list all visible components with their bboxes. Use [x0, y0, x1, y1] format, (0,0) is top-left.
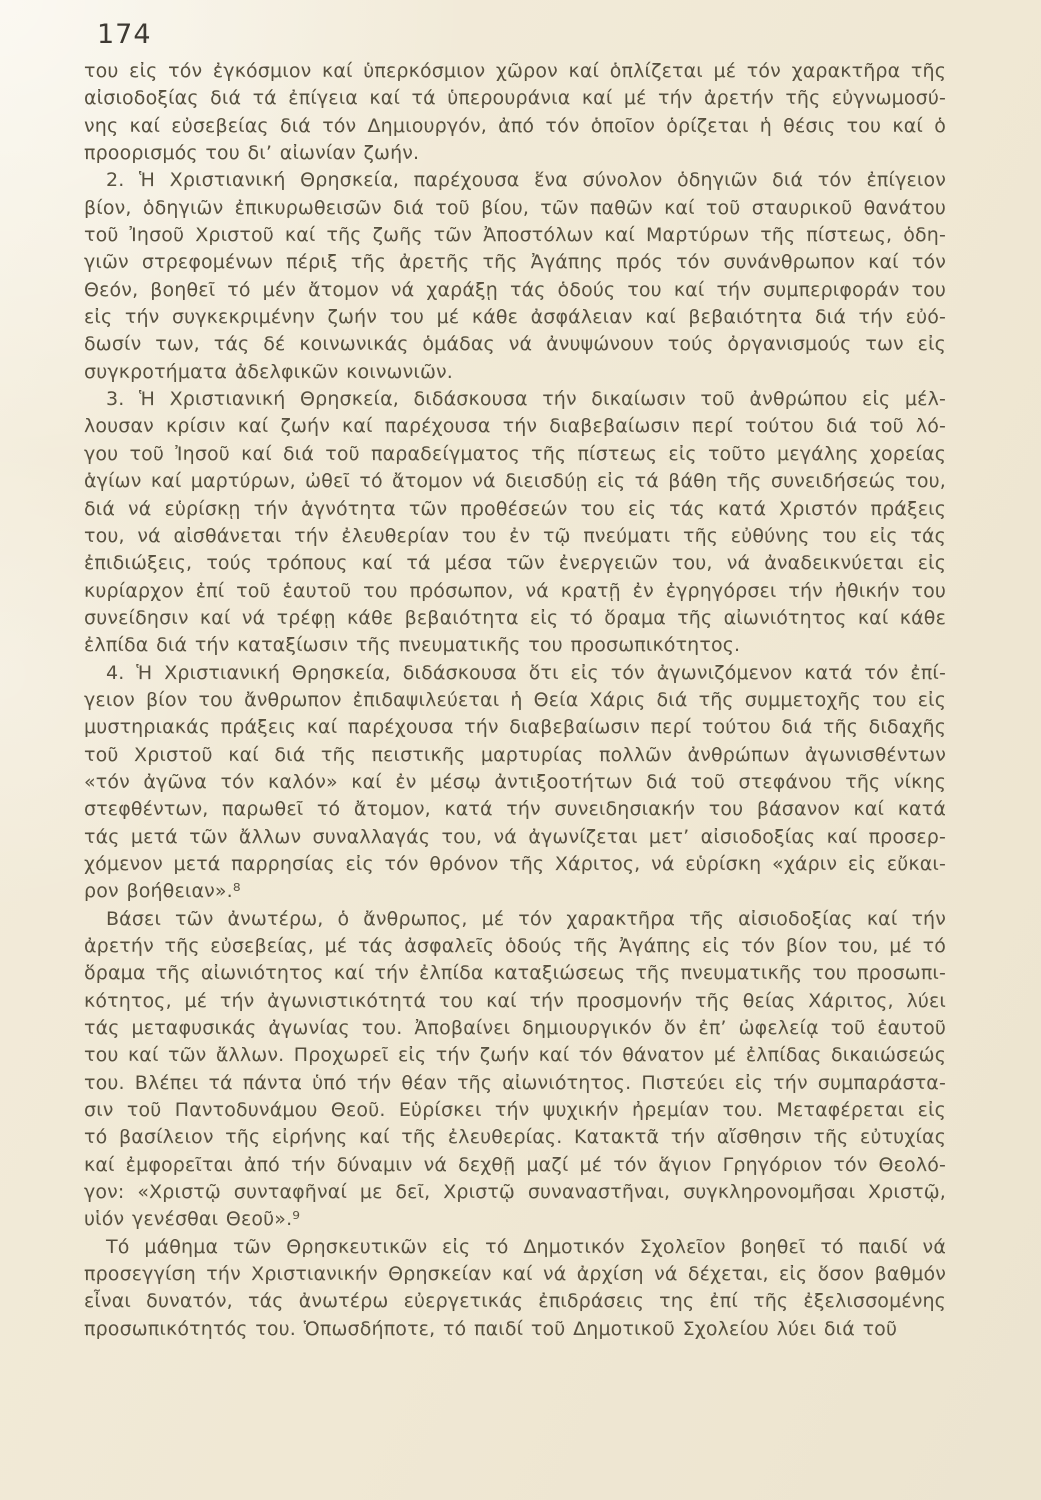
text-line: γου τοῦ Ἰησοῦ καί διά τοῦ παραδείγματος … [84, 441, 946, 468]
text-line: κότητος, μέ τήν ἀγωνιστικότητά του καί τ… [84, 988, 946, 1015]
text-line: νης καί εὐσεβείας διά τόν Δημιουργόν, ἀπ… [84, 113, 946, 140]
text-line: εἶναι δυνατόν, τάς ἀνωτέρω εὐεργετικάς ἐ… [84, 1288, 946, 1315]
text-line: συγκροτήματα ἀδελφικῶν κοινωνιῶν. [84, 359, 946, 386]
text-line: τάς μετά τῶν ἄλλων συναλλαγάς του, νά ἀγ… [84, 824, 946, 851]
text-line: ὅραμα τῆς αἰωνιότητος καί τήν ἐλπίδα κατ… [84, 960, 946, 987]
text-line: λουσαν κρίσιν καί ζωήν καί παρέχουσα τήν… [84, 413, 946, 440]
text-line: μυστηριακάς πράξεις καί παρέχουσα τήν δι… [84, 714, 946, 741]
body-text: του εἰς τόν ἐγκόσμιον καί ὑπερκόσμιον χῶ… [84, 58, 946, 1343]
text-line: «τόν ἀγῶνα τόν καλόν» καί ἐν μέσῳ ἀντιξο… [84, 769, 946, 796]
text-line: γειον βίον του ἄνθρωπον ἐπιδαψιλεύεται ἡ… [84, 687, 946, 714]
text-line: Βάσει τῶν ἀνωτέρω, ὁ ἄνθρωπος, μέ τόν χα… [84, 906, 946, 933]
text-line: ἁγίων καί μαρτύρων, ὠθεῖ τό ἄτομον νά δι… [84, 468, 946, 495]
text-line: του. Βλέπει τά πάντα ὑπό τήν θέαν τῆς αἰ… [84, 1070, 946, 1097]
text-line: 3. Ἡ Χριστιανική Θρησκεία, διδάσκουσα τή… [84, 386, 946, 413]
text-line: 4. Ἡ Χριστιανική Θρησκεία, διδάσκουσα ὅτ… [84, 660, 946, 687]
text-line: τό βασίλειον τῆς εἰρήνης καί τῆς ἐλευθερ… [84, 1124, 946, 1151]
text-line: του καί τῶν ἄλλων. Προχωρεῖ εἰς τήν ζωήν… [84, 1042, 946, 1069]
text-line: του εἰς τόν ἐγκόσμιον καί ὑπερκόσμιον χῶ… [84, 58, 946, 85]
text-line: προσωπικότητός του. Ὁπωσδήποτε, τό παιδί… [84, 1316, 946, 1343]
text-line: κυρίαρχον ἐπί τοῦ ἑαυτοῦ του πρόσωπον, ν… [84, 578, 946, 605]
text-line: ἀρετήν τῆς εὐσεβείας, μέ τάς ἀσφαλεῖς ὁδ… [84, 933, 946, 960]
text-line: ἐλπίδα διά τήν καταξίωσιν τῆς πνευματικῆ… [84, 632, 946, 659]
text-line: δωσίν των, τάς δέ κοινωνικάς ὁμάδας νά ἀ… [84, 331, 946, 358]
text-line: ρον βοήθειαν».⁸ [84, 878, 946, 905]
text-line: διά νά εὑρίσκῃ τήν ἁγνότητα τῶν προθέσεώ… [84, 496, 946, 523]
text-line: γον: «Χριστῷ συνταφῆναί με δεῖ, Χριστῷ σ… [84, 1179, 946, 1206]
text-line: τοῦ Ἰησοῦ Χριστοῦ καί τῆς ζωῆς τῶν Ἀποστ… [84, 222, 946, 249]
text-line: συνείδησιν καί νά τρέφῃ κάθε βεβαιότητα … [84, 605, 946, 632]
text-line: Θεόν, βοηθεῖ τό μέν ἄτομον νά χαράξῃ τάς… [84, 277, 946, 304]
text-line: ἐπιδιώξεις, τούς τρόπους καί τά μέσα τῶν… [84, 550, 946, 577]
text-line: Τό μάθημα τῶν Θρησκευτικῶν εἰς τό Δημοτι… [84, 1234, 946, 1261]
document-page: 174 του εἰς τόν ἐγκόσμιον καί ὑπερκόσμιο… [0, 0, 1041, 1500]
text-line: τοῦ Χριστοῦ καί διά τῆς πειστικῆς μαρτυρ… [84, 742, 946, 769]
text-line: καί ἐμφορεῖται ἀπό τήν δύναμιν νά δεχθῇ … [84, 1152, 946, 1179]
text-line: προορισμός του δι’ αἰωνίαν ζωήν. [84, 140, 946, 167]
text-line: αἰσιοδοξίας διά τά ἐπίγεια καί τά ὑπερου… [84, 85, 946, 112]
text-line: προσεγγίση τήν Χριστιανικήν Θρησκείαν κα… [84, 1261, 946, 1288]
text-line: στεφθέντων, παρωθεῖ τό ἄτομον, κατά τήν … [84, 796, 946, 823]
text-line: τάς μεταφυσικάς ἀγωνίας του. Ἀποβαίνει δ… [84, 1015, 946, 1042]
text-line: υἱόν γενέσθαι Θεοῦ».⁹ [84, 1206, 946, 1233]
text-line: σιν τοῦ Παντοδυνάμου Θεοῦ. Εὑρίσκει τήν … [84, 1097, 946, 1124]
text-line: γιῶν στρεφομένων πέριξ τῆς ἀρετῆς τῆς Ἀγ… [84, 249, 946, 276]
text-line: του, νά αἰσθάνεται τήν ἐλευθερίαν του ἐν… [84, 523, 946, 550]
text-line: εἰς τήν συγκεκριμένην ζωήν του μέ κάθε ἀ… [84, 304, 946, 331]
text-line: βίον, ὁδηγιῶν ἐπικυρωθεισῶν διά τοῦ βίου… [84, 195, 946, 222]
text-line: χόμενον μετά παρρησίας εἰς τόν θρόνον τῆ… [84, 851, 946, 878]
text-line: 2. Ἡ Χριστιανική Θρησκεία, παρέχουσα ἕνα… [84, 167, 946, 194]
page-number: 174 [97, 20, 152, 50]
